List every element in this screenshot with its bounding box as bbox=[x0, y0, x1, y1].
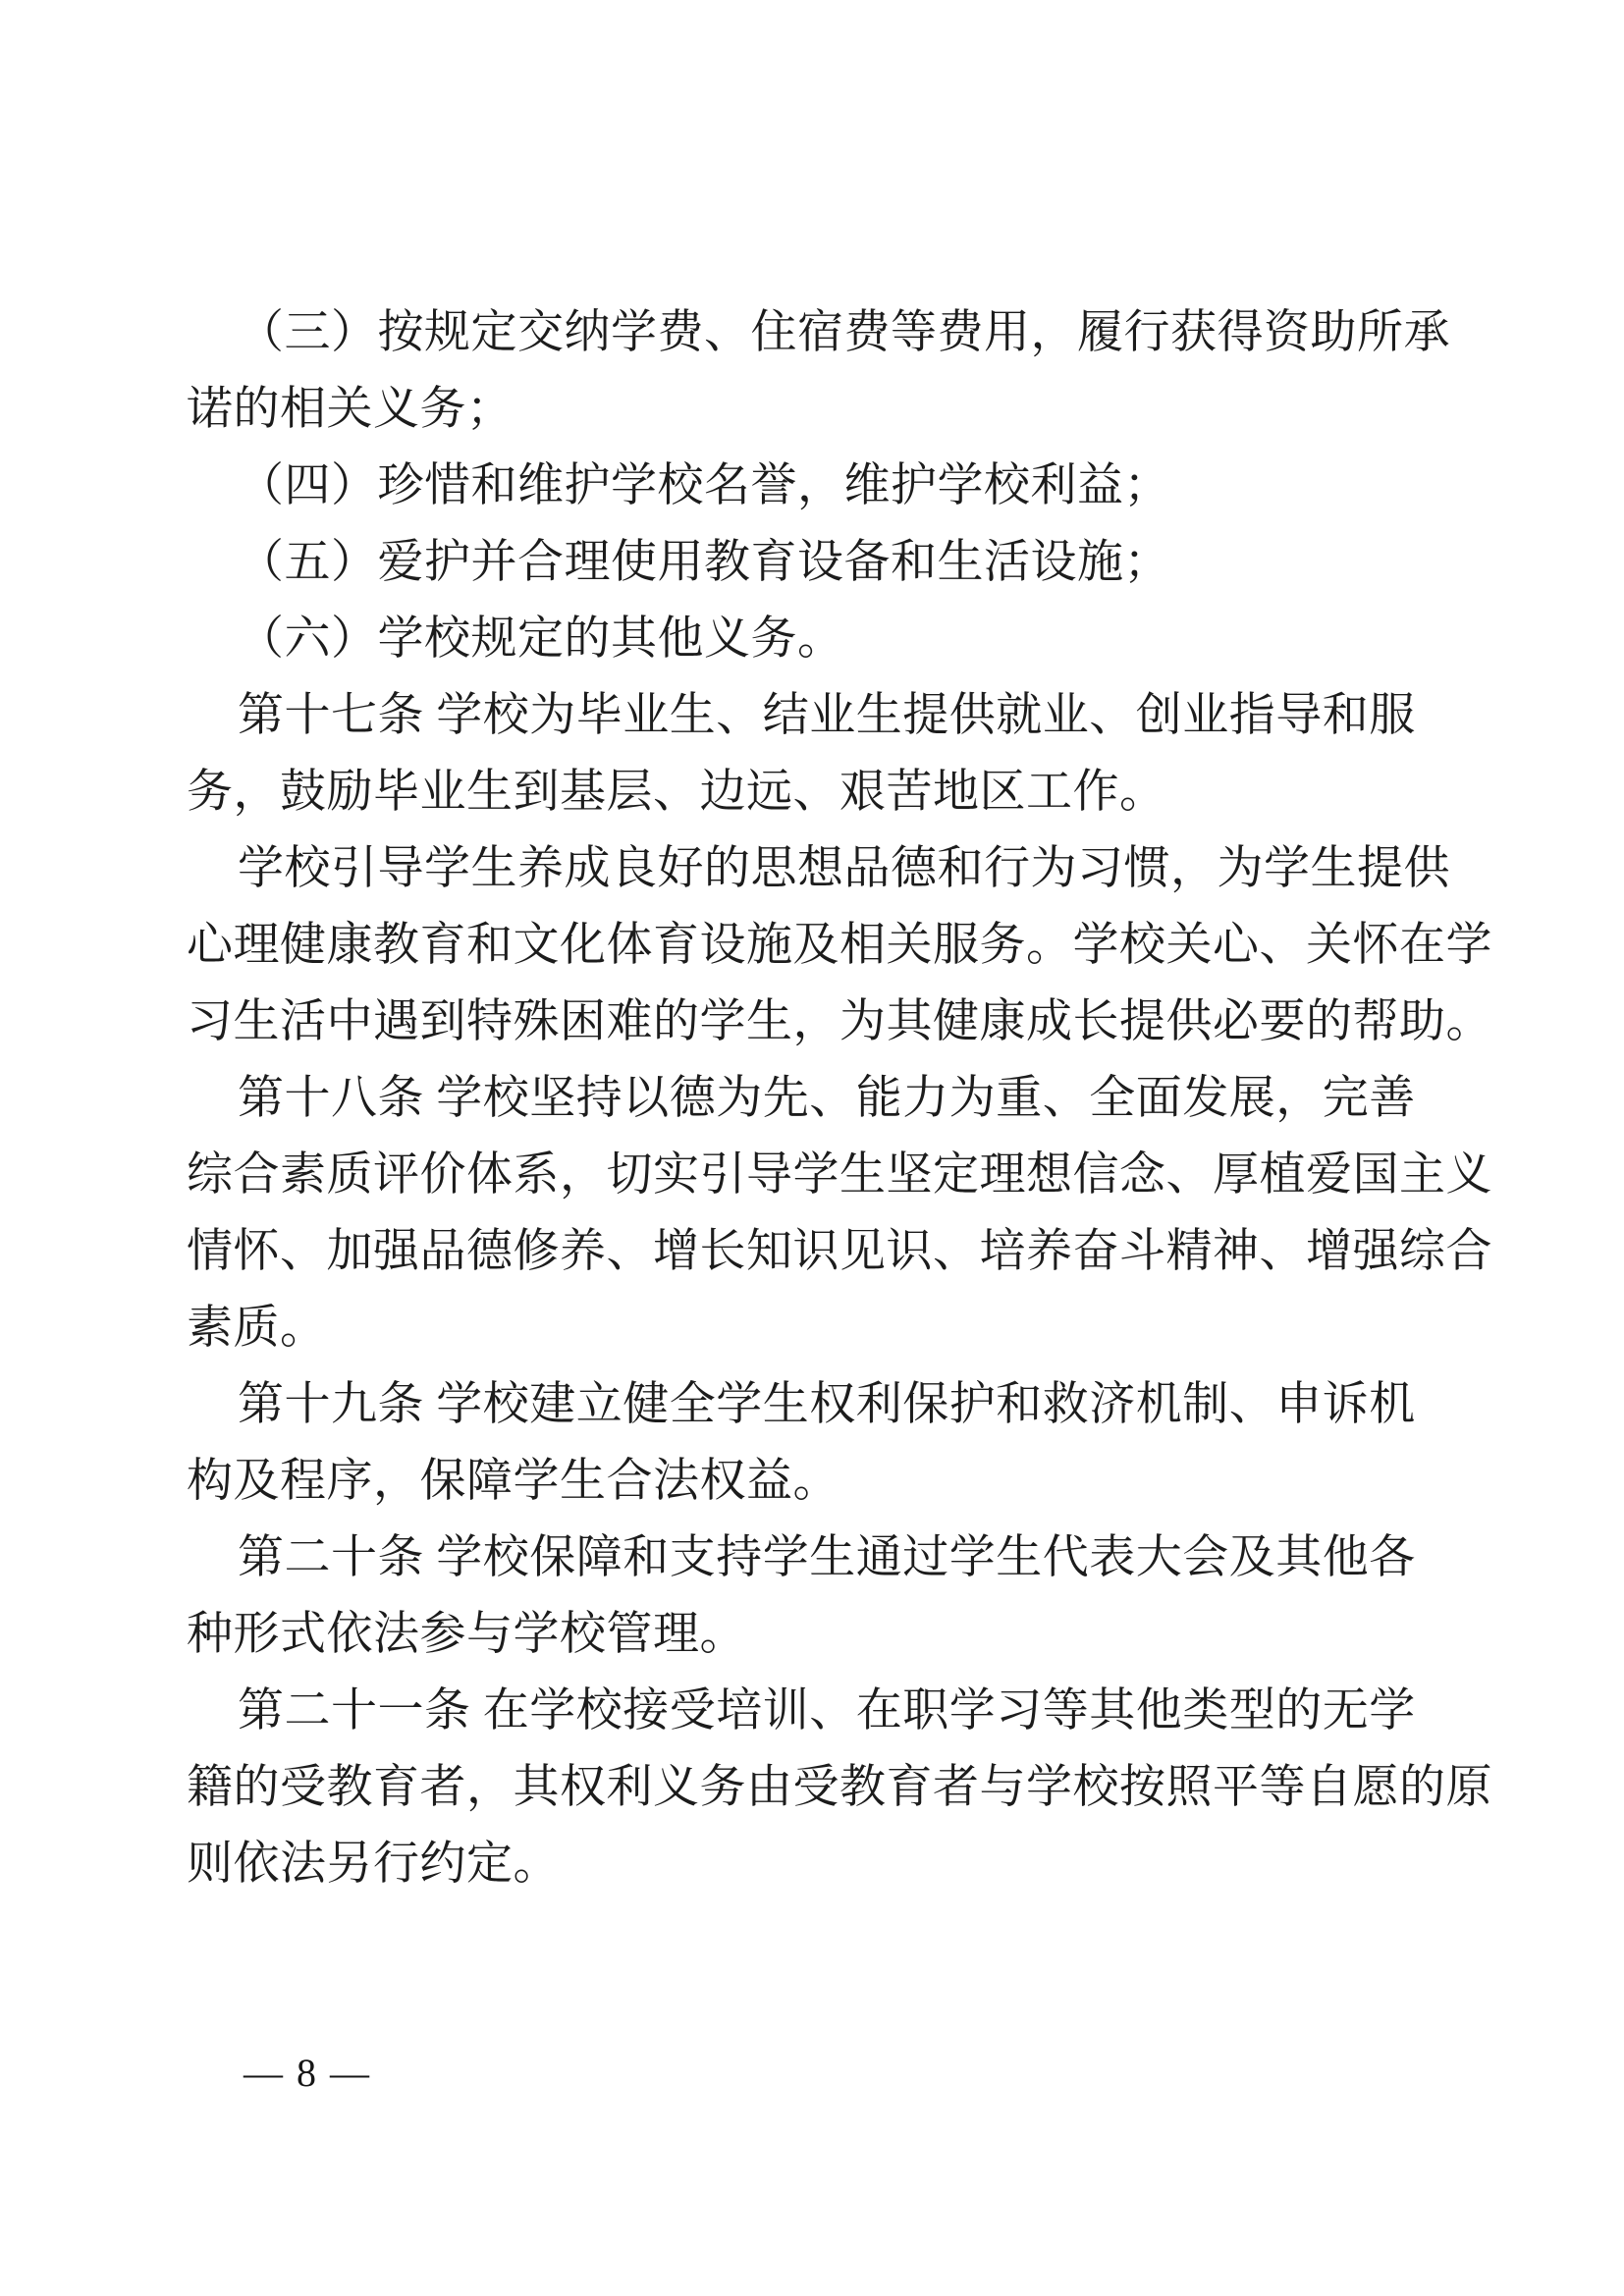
text-line: 学校引导学生养成良好的思想品德和行为习惯，为学生提供 bbox=[187, 830, 1542, 907]
text-line: （五）爱护并合理使用教育设备和生活设施； bbox=[187, 524, 1542, 601]
text-line: 诺的相关义务； bbox=[187, 371, 1542, 448]
text-line: 第二十条 学校保障和支持学生通过学生代表大会及其他各 bbox=[187, 1520, 1542, 1596]
text-line: 习生活中遇到特殊困难的学生，为其健康成长提供必要的帮助。 bbox=[187, 984, 1542, 1060]
text-line: 籍的受教育者，其权利义务由受教育者与学校按照平等自愿的原 bbox=[187, 1749, 1542, 1826]
text-line: （六）学校规定的其他义务。 bbox=[187, 601, 1542, 677]
text-line: 种形式依法参与学校管理。 bbox=[187, 1596, 1542, 1673]
text-line: 情怀、加强品德修养、增长知识见识、培养奋斗精神、增强综合 bbox=[187, 1213, 1542, 1290]
text-line: 第十九条 学校建立健全学生权利保护和救济机制、申诉机 bbox=[187, 1366, 1542, 1443]
text-line: 构及程序，保障学生合法权益。 bbox=[187, 1443, 1542, 1520]
text-line: 务，鼓励毕业生到基层、边远、艰苦地区工作。 bbox=[187, 754, 1542, 830]
text-line: 素质。 bbox=[187, 1290, 1542, 1366]
document-page: （三）按规定交纳学费、住宿费等费用，履行获得资助所承诺的相关义务；（四）珍惜和维… bbox=[0, 0, 1624, 2296]
text-line: 综合素质评价体系，切实引导学生坚定理想信念、厚植爱国主义 bbox=[187, 1137, 1542, 1213]
text-line: （三）按规定交纳学费、住宿费等费用，履行获得资助所承 bbox=[187, 294, 1542, 371]
text-line: 则依法另行约定。 bbox=[187, 1826, 1542, 1902]
text-line: 心理健康教育和文化体育设施及相关服务。学校关心、关怀在学 bbox=[187, 907, 1542, 984]
text-line: （四）珍惜和维护学校名誉，维护学校利益； bbox=[187, 448, 1542, 524]
text-line: 第二十一条 在学校接受培训、在职学习等其他类型的无学 bbox=[187, 1673, 1542, 1749]
text-line: 第十七条 学校为毕业生、结业生提供就业、创业指导和服 bbox=[187, 677, 1542, 754]
page-number: — 8 — bbox=[244, 2050, 371, 2097]
text-line: 第十八条 学校坚持以德为先、能力为重、全面发展，完善 bbox=[187, 1060, 1542, 1137]
document-body: （三）按规定交纳学费、住宿费等费用，履行获得资助所承诺的相关义务；（四）珍惜和维… bbox=[187, 294, 1542, 1902]
